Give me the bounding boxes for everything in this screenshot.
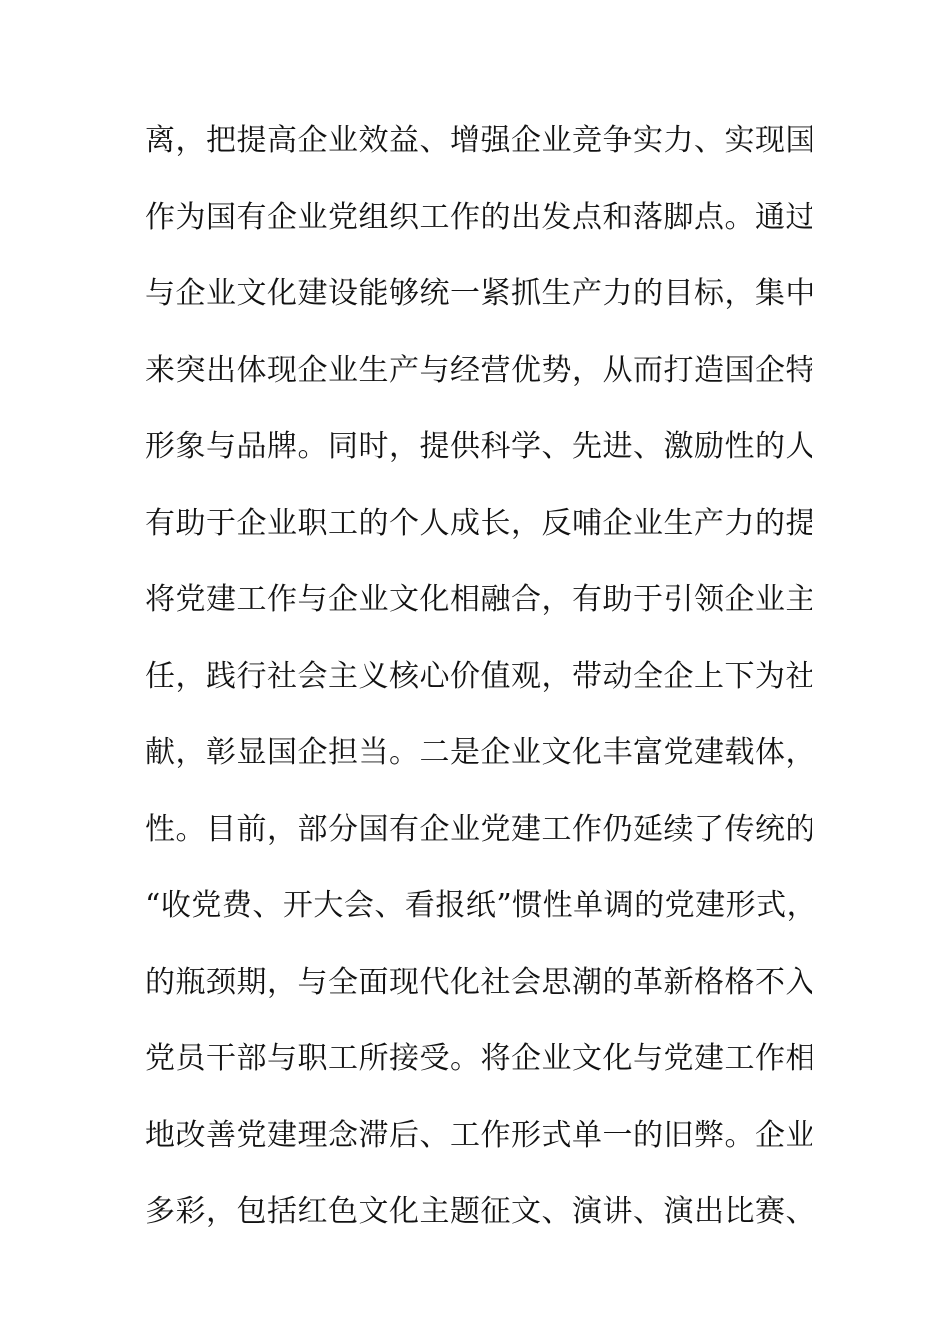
text-line: 来突出体现企业生产与经营优势，从而打造国企特色化的企业文化 [145,333,812,410]
text-line: 多彩，包括红色文化主题征文、演讲、演出比赛、心得体会分享； [145,1174,812,1251]
body-text-block: 离，把提高企业效益、增强企业竞争实力、实现国有资产保值增值 作为国有企业党组织工… [145,103,812,1251]
text-line: 与企业文化建设能够统一紧抓生产力的目标，集中宣传资源与优势 [145,256,812,333]
text-line: 形象与品牌。同时，提供科学、先进、激励性的人才培养机制，更 [145,409,812,486]
text-line: 性。目前，部分国有企业党建工作仍延续了传统的党建理念，存在 [145,792,812,869]
text-line: 党员干部与职工所接受。将企业文化与党建工作相融合，能够很好 [145,1021,812,1098]
text-line: 地改善党建理念滞后、工作形式单一的旧弊。企业文化形式丰富而 [145,1098,812,1175]
text-line: 将党建工作与企业文化相融合，有助于引领企业主动承担社会责 [145,562,812,639]
text-line: 献，彰显国企担当。二是企业文化丰富党建载体，强化党建的有效 [145,715,812,792]
text-line: “收党费、开大会、看报纸”惯性单调的党建形式，逐渐陷于创新 [145,868,812,945]
text-line: 的瓶颈期，与全面现代化社会思潮的革新格格不入，无法再被广大 [145,945,812,1022]
text-line: 任，践行社会主义核心价值观，带动全企上下为社会做出更大贡 [145,639,812,716]
document-page: 离，把提高企业效益、增强企业竞争实力、实现国有资产保值增值 作为国有企业党组织工… [0,0,950,1344]
text-line: 有助于企业职工的个人成长，反哺企业生产力的提升和经济发展。 [145,486,812,563]
text-line: 作为国有企业党组织工作的出发点和落脚点。通过融合，党建工作 [145,180,812,257]
text-line: 离，把提高企业效益、增强企业竞争实力、实现国有资产保值增值 [145,103,812,180]
